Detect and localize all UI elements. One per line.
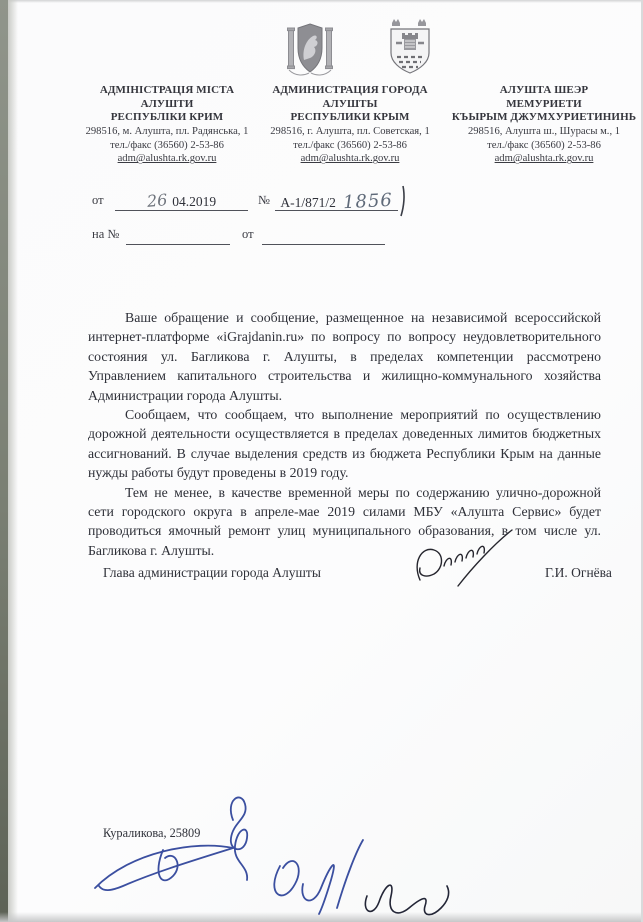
org-phone: тел./факс (36560) 2-53-86 — [70, 139, 264, 153]
letterhead-column-crimean-tatar: АЛУШТА ШЕЭР МЕМУРИЕТИ КЪЫРЫМ ДЖУМХУРИЕТИ… — [448, 84, 640, 166]
org-address: 298516, г. Алушта, пл. Советская, 1 — [252, 125, 448, 139]
date-from-label: от — [92, 193, 104, 208]
org-name-line: АЛУШТИ — [70, 98, 264, 112]
head-signature — [410, 528, 520, 595]
reply-from-label: от — [242, 227, 254, 242]
number-field: А-1/871/21856 — [275, 191, 398, 211]
org-name-line: КЪЫРЫМ ДЖУМХУРИЕТИНИНЬ — [448, 111, 640, 125]
pen-stroke-mark — [396, 184, 410, 223]
signoff-position-title: Глава администрации города Алушты — [103, 565, 321, 581]
scan-edge-top — [0, 0, 643, 3]
handwritten-date: 26 — [146, 190, 168, 211]
printed-date: 04.2019 — [172, 194, 216, 209]
org-address: 298516, Алушта ш., Шурасы м., 1 — [448, 125, 640, 139]
signoff-name: Г.И. Огнёва — [545, 565, 612, 581]
org-name-line: РЕСПУБЛІКИ КРИМ — [70, 111, 264, 125]
org-name-line: АДМИНИСТРАЦИЯ ГОРОДА — [252, 84, 448, 98]
body-paragraph-3: Тем не менее, в качестве временной меры … — [88, 483, 601, 561]
letterhead-column-russian: АДМИНИСТРАЦИЯ ГОРОДА АЛУШТЫ РЕСПУБЛИКИ К… — [252, 84, 448, 166]
letterhead-column-ukrainian: АДМІНІСТРАЦІЯ МІСТА АЛУШТИ РЕСПУБЛІКИ КР… — [70, 84, 264, 166]
org-name-line: РЕСПУБЛИКИ КРЫМ — [252, 111, 448, 125]
org-email: adm@alushta.rk.gov.ru — [448, 152, 640, 166]
org-email: adm@alushta.rk.gov.ru — [70, 152, 264, 166]
alushta-coat-of-arms-icon — [388, 17, 432, 80]
scan-edge-left-shadow — [8, 0, 18, 922]
reply-number-field — [126, 225, 230, 245]
scan-edge-left — [0, 0, 8, 922]
org-name-line: АДМІНІСТРАЦІЯ МІСТА — [70, 84, 264, 98]
org-phone: тел./факс (36560) 2-53-86 — [448, 139, 640, 153]
letter-body: Ваше обращение и сообщение, размещенное … — [88, 308, 601, 560]
handwritten-number: 1856 — [342, 190, 393, 214]
number-label: № — [258, 193, 270, 208]
body-paragraph-2: Сообщаем, что сообщаем, что выполнение м… — [88, 405, 601, 483]
org-phone: тел./факс (36560) 2-53-86 — [252, 139, 448, 153]
org-name-line: МЕМУРИЕТИ — [448, 98, 640, 112]
crimea-coat-of-arms-icon — [287, 20, 333, 81]
footer-signatures — [75, 788, 465, 922]
org-name-line: АЛУШТЫ — [252, 98, 448, 112]
org-name-line: АЛУШТА ШЕЭР — [448, 84, 640, 98]
org-email: adm@alushta.rk.gov.ru — [252, 152, 448, 166]
org-address: 298516, м. Алушта, пл. Радянська, 1 — [70, 125, 264, 139]
scanned-letter-page: АДМІНІСТРАЦІЯ МІСТА АЛУШТИ РЕСПУБЛІКИ КР… — [0, 0, 643, 922]
reply-date-field — [262, 225, 385, 245]
reply-to-number-label: на № — [92, 227, 119, 242]
body-paragraph-1: Ваше обращение и сообщение, размещенное … — [88, 308, 601, 405]
date-field: 2604.2019 — [115, 191, 248, 211]
printed-number: А-1/871/2 — [280, 195, 336, 210]
